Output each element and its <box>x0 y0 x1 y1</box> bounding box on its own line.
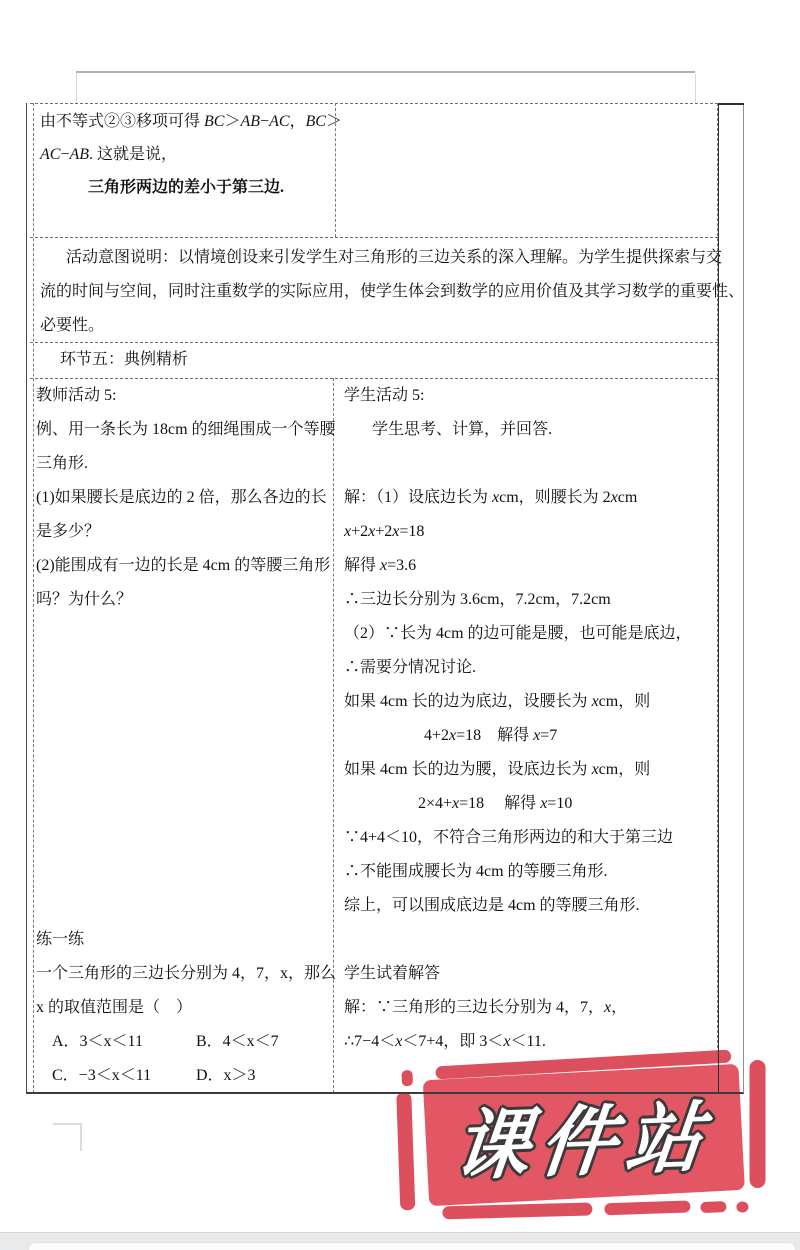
text-line: 学生试着解答 <box>344 957 716 991</box>
blank-line <box>36 889 334 923</box>
text-boundary-corner-mark <box>53 1123 82 1151</box>
stamp-border-left-blob <box>401 1070 413 1086</box>
text-line: x 的取值范围是（ ） <box>36 991 334 1025</box>
blank-line <box>36 787 334 821</box>
equation-line: 解得 x=3.6 <box>344 549 716 583</box>
text-line: 是多少？ <box>36 515 334 549</box>
table-border-left-dashed <box>33 103 34 1093</box>
text-line: AC−AB. 这就是说， <box>40 138 334 171</box>
text-line: 如果 4cm 长的边为腰，设底边长为 xcm，则 <box>344 753 716 787</box>
text-line: 吗？为什么？ <box>36 583 334 617</box>
text-line: (2)能围成有一边的长是 4cm 的等腰三角形 <box>36 549 334 583</box>
text-line: 一个三角形的三边长分别为 4，7，x，那么 <box>36 957 334 991</box>
text-line: 如果 4cm 长的边为底边，设腰长为 xcm，则 <box>344 685 716 719</box>
blank-line <box>36 719 334 753</box>
text-line: 综上，可以围成底边是 4cm 的等腰三角形. <box>344 889 716 923</box>
stamp-border-bottom-3 <box>700 1201 726 1213</box>
stamp-border-bottom-2 <box>604 1200 690 1215</box>
narrow-column-top-border <box>718 103 744 105</box>
text-line: 解：（1）设底边长为 xcm，则腰长为 2xcm <box>344 481 716 515</box>
blank-line <box>36 753 334 787</box>
page-break-line <box>76 71 695 73</box>
text-line: ∴不能围成腰长为 4cm 的等腰三角形. <box>344 855 716 889</box>
table-border-top <box>30 103 718 104</box>
choice-d: D．x＞3 <box>196 1059 256 1093</box>
stamp-border-dot <box>736 1201 748 1212</box>
text-line: 流的时间与空间，同时注重数学的实际应用，使学生体会到数学的应用价值及其学习数学的… <box>40 275 716 309</box>
blank-line <box>36 821 334 855</box>
blank-line <box>344 447 716 481</box>
section-header-step5: 环节五：典例精析 <box>60 342 188 378</box>
text-line: 三角形. <box>36 447 334 481</box>
text-line: 学生思考、计算，并回答. <box>344 413 716 447</box>
table-outer-bottom-border <box>26 1092 744 1094</box>
margin-tick-left <box>76 73 77 103</box>
blank-line <box>36 685 334 719</box>
scrollbar-thumb[interactable] <box>28 1242 796 1250</box>
text-line: (1)如果腰长是底边的 2 倍，那么各边的长 <box>36 481 334 515</box>
text-line: 必要性。 <box>40 309 716 343</box>
text-line: ∵4+4＜10，不符合三角形两边的和大于第三边 <box>344 821 716 855</box>
blank-line <box>36 617 334 651</box>
narrow-column-right-border <box>743 103 744 1093</box>
margin-tick-right <box>695 73 696 103</box>
blank-line <box>36 651 334 685</box>
text-line: （2）∵长为 4cm 的边可能是腰，也可能是底边， <box>344 617 716 651</box>
blank-line <box>36 855 334 889</box>
text-line: 例、用一条长为 18cm 的细绳围成一个等腰 <box>36 413 334 447</box>
text-line-bold-conclusion: 三角形两边的差小于第三边. <box>40 171 334 204</box>
choice-a: A．3＜x＜11 <box>36 1025 196 1059</box>
table-row-divider-1 <box>30 237 718 238</box>
equation-line: x+2x+2x=18 <box>344 515 716 549</box>
choice-c: C．−3＜x＜11 <box>36 1059 196 1093</box>
stamp-text: 课件站 <box>419 1066 748 1204</box>
stamp-border-right <box>750 1060 766 1188</box>
choice-b: B．4＜x＜7 <box>196 1025 279 1059</box>
text-line: ∴需要分情况讨论. <box>344 651 716 685</box>
blank-line <box>344 923 716 957</box>
practice-title: 练一练 <box>36 923 334 957</box>
cell-student-activity: 学生活动 5: 学生思考、计算，并回答. 解：（1）设底边长为 xcm，则腰长为… <box>344 379 716 1059</box>
text-line: ∴7−4＜x＜7+4，即 3＜x＜11. <box>344 1025 716 1059</box>
text-line: 由不等式②③移项可得 BC＞AB−AC，BC＞ <box>40 105 334 138</box>
cell-teacher-activity: 教师活动 5: 例、用一条长为 18cm 的细绳围成一个等腰 三角形. (1)如… <box>36 379 334 1093</box>
text-line: ∴三边长分别为 3.6cm，7.2cm，7.2cm <box>344 583 716 617</box>
stamp-border-left <box>396 1092 415 1210</box>
cell-activity-intent: 活动意图说明：以情境创设来引发学生对三角形的三边关系的深入理解。为学生提供探索与… <box>40 241 716 343</box>
text-line: 解：∵三角形的三边长分别为 4，7，x， <box>344 991 716 1025</box>
choice-line: A．3＜x＜11B．4＜x＜7 <box>36 1025 334 1059</box>
equation-line: 2×4+x=18 解得 x=10 <box>344 787 716 821</box>
choice-line: C．−3＜x＜11D．x＞3 <box>36 1059 334 1093</box>
narrow-column-left-border <box>718 103 719 1093</box>
watermark-stamp: 课件站 <box>393 1049 777 1230</box>
teacher-activity-title: 教师活动 5: <box>36 379 334 413</box>
table-outer-left-border <box>26 103 27 1093</box>
text-line: 活动意图说明：以情境创设来引发学生对三角形的三边关系的深入理解。为学生提供探索与… <box>40 241 716 275</box>
stamp-border-bottom-1 <box>442 1202 592 1219</box>
student-activity-title: 学生活动 5: <box>344 379 716 413</box>
cell-inequality-conclusion: 由不等式②③移项可得 BC＞AB−AC，BC＞ AC−AB. 这就是说， 三角形… <box>40 105 334 204</box>
equation-line: 4+2x=18 解得 x=7 <box>344 719 716 753</box>
